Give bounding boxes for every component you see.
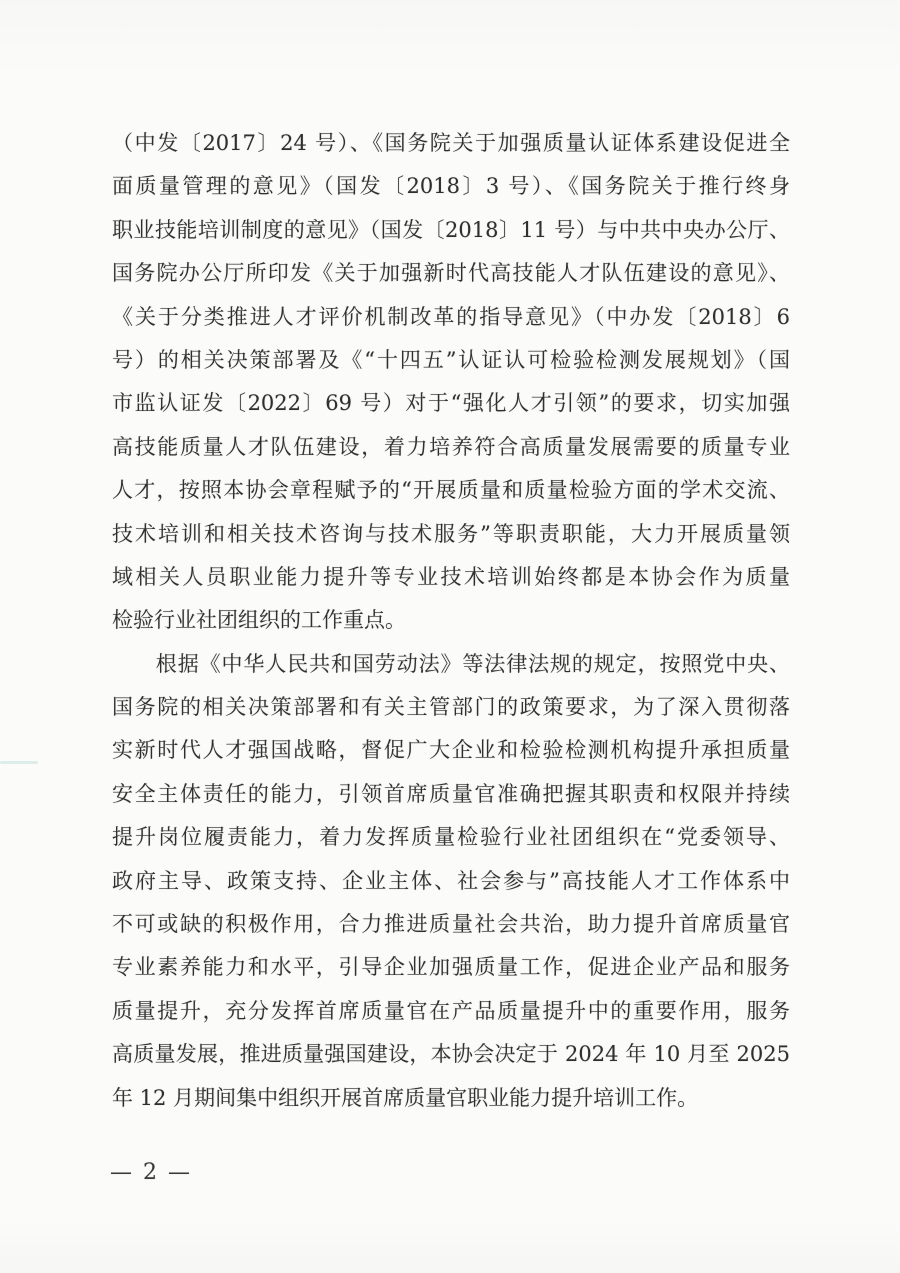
text-line: 检验行业社团组织的工作重点。 xyxy=(112,599,790,642)
text-line: 根据《中华人民共和国劳动法》等法律法规的规定，按照党中央、 xyxy=(112,643,790,686)
text-line: 技术培训和相关技术咨询与技术服务”等职责职能，大力开展质量领 xyxy=(112,513,790,556)
text-line: 提升岗位履责能力，着力发挥质量检验行业社团组织在“党委领导、 xyxy=(112,816,790,859)
text-line: 高技能质量人才队伍建设，着力培养符合高质量发展需要的质量专业 xyxy=(112,426,790,469)
text-line: 国务院的相关决策部署和有关主管部门的政策要求，为了深入贯彻落 xyxy=(112,686,790,729)
text-line: 《关于分类推进人才评价机制改革的指导意见》（中办发〔2018〕6 xyxy=(112,296,790,339)
text-line: 实新时代人才强国战略，督促广大企业和检验检测机构提升承担质量 xyxy=(112,729,790,772)
text-line: 职业技能培训制度的意见》（国发〔2018〕11 号）与中共中央办公厅、 xyxy=(112,209,790,252)
text-line: 专业素养能力和水平，引导企业加强质量工作，促进企业产品和服务 xyxy=(112,946,790,989)
text-line: 质量提升，充分发挥首席质量官在产品质量提升中的重要作用，服务 xyxy=(112,990,790,1033)
document-body: （中发〔2017〕24 号）、《国务院关于加强质量认证体系建设促进全面质量管理的… xyxy=(112,122,790,1120)
text-line: 安全主体责任的能力，引领首席质量官准确把握其职责和权限并持续 xyxy=(112,773,790,816)
text-line: 面质量管理的意见》（国发〔2018〕3 号）、《国务院关于推行终身 xyxy=(112,165,790,208)
text-line: 号）的相关决策部署及《“十四五”认证认可检验检测发展规划》（国 xyxy=(112,339,790,382)
text-line: 不可或缺的积极作用，合力推进质量社会共治，助力提升首席质量官 xyxy=(112,903,790,946)
scanned-document-page: （中发〔2017〕24 号）、《国务院关于加强质量认证体系建设促进全面质量管理的… xyxy=(0,0,900,1273)
text-line: 市监认证发〔2022〕69 号）对于“强化人才引领”的要求，切实加强 xyxy=(112,382,790,425)
text-line: 国务院办公厅所印发《关于加强新时代高技能人才队伍建设的意见》、 xyxy=(112,252,790,295)
text-line: （中发〔2017〕24 号）、《国务院关于加强质量认证体系建设促进全 xyxy=(112,122,790,165)
page-number: — 2 — xyxy=(110,1160,192,1185)
scan-artifact-line xyxy=(0,761,38,764)
text-line: 人才，按照本协会章程赋予的“开展质量和质量检验方面的学术交流、 xyxy=(112,469,790,512)
text-line: 域相关人员职业能力提升等专业技术培训始终都是本协会作为质量 xyxy=(112,556,790,599)
page-footer: — 2 — xyxy=(110,1160,192,1185)
text-line: 年 12 月期间集中组织开展首席质量官职业能力提升培训工作。 xyxy=(112,1077,790,1120)
text-line: 高质量发展，推进质量强国建设，本协会决定于 2024 年 10 月至 2025 xyxy=(112,1033,790,1076)
text-line: 政府主导、政策支持、企业主体、社会参与”高技能人才工作体系中 xyxy=(112,860,790,903)
